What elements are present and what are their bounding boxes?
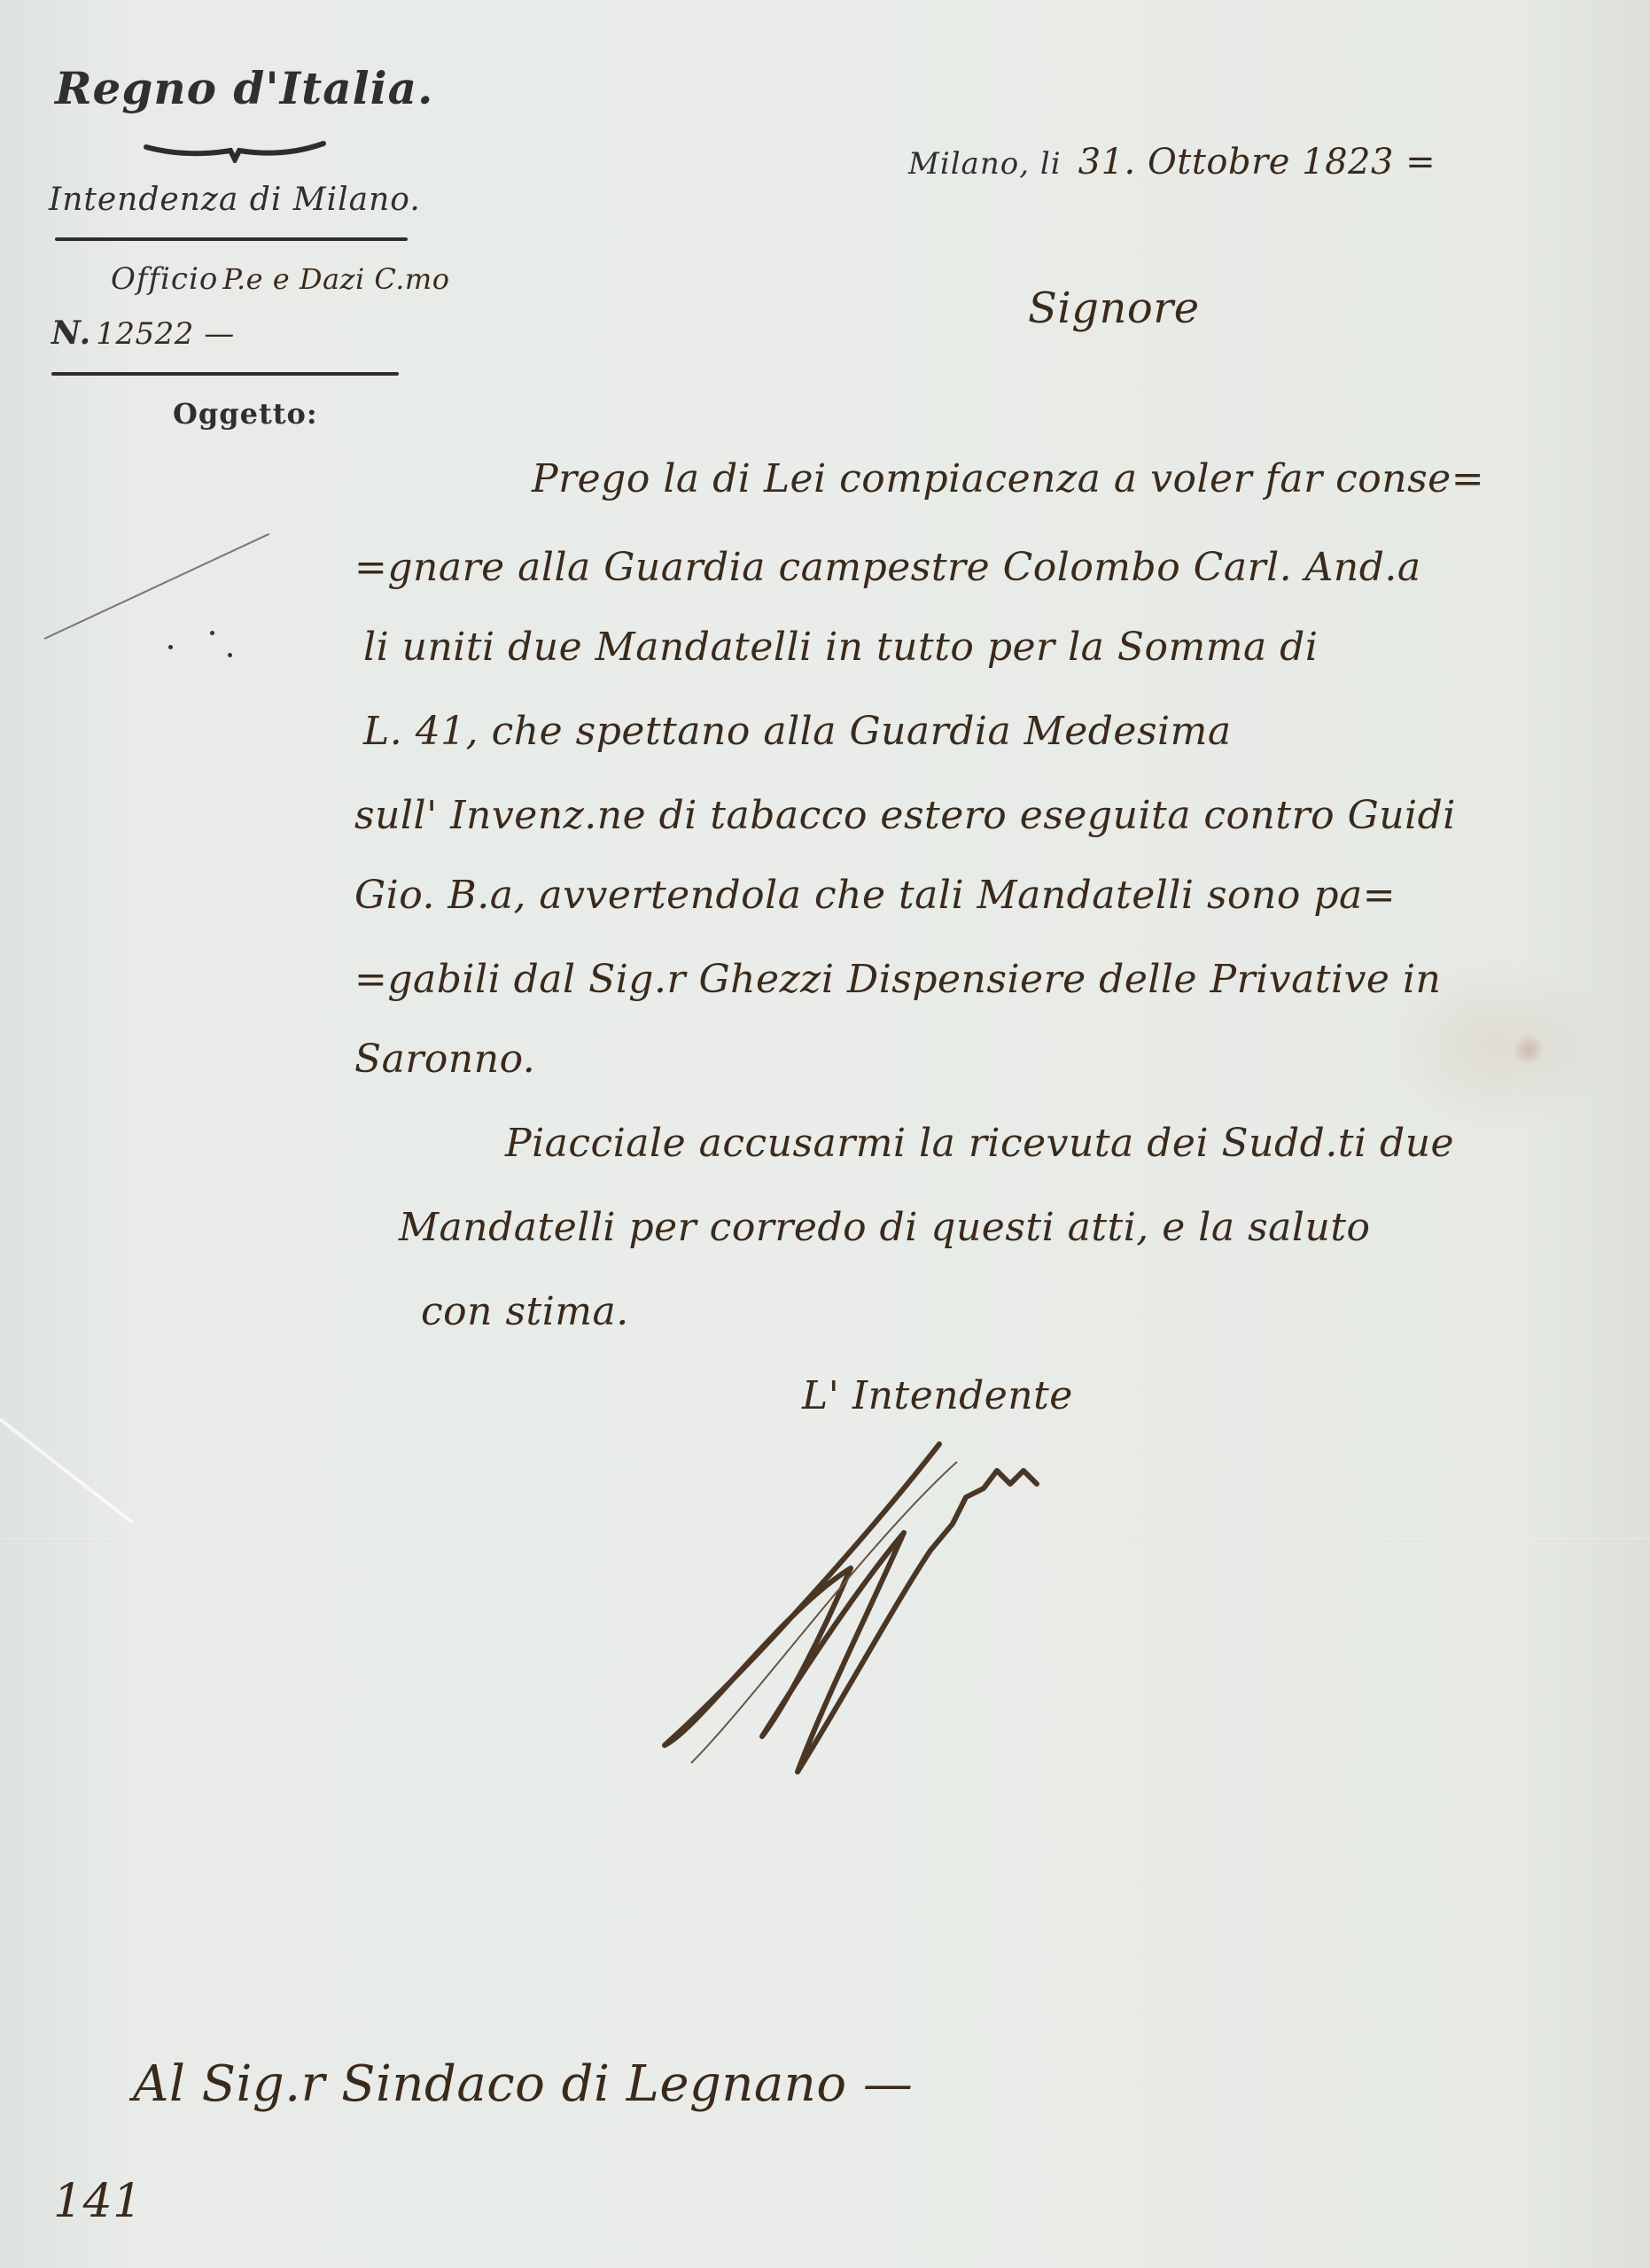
- signature-icon: [647, 1435, 1125, 1790]
- body-line: =gabili dal Sig.r Ghezzi Dispensiere del…: [354, 957, 1441, 1002]
- archive-mark: 141: [53, 2175, 143, 2228]
- number-value: 12522 —: [96, 316, 234, 352]
- body-line: Prego la di Lei compiacenza a voler far …: [532, 456, 1484, 501]
- letterhead-office: Intendenza di Milano.: [49, 182, 421, 218]
- body-line: Saronno.: [354, 1037, 535, 1082]
- dateline-place: Milano, li: [908, 146, 1062, 182]
- salutation: Signore: [1028, 283, 1200, 333]
- letterhead-kingdom: Regno d'Italia.: [55, 62, 433, 114]
- addressee: Al Sig.r Sindaco di Legnano —: [133, 2055, 913, 2113]
- body-line: sull' Invenz.ne di tabacco estero esegui…: [354, 793, 1456, 838]
- letterhead-rule-1: [55, 237, 408, 241]
- ink-speck: [228, 653, 232, 657]
- body-line: Mandatelli per corredo di questi atti, e…: [399, 1205, 1371, 1250]
- closing-title: L' Intendente: [802, 1373, 1073, 1418]
- body-line: Piacciale accusarmi la ricevuta dei Sudd…: [505, 1121, 1454, 1166]
- letterhead-rule-2: [51, 372, 399, 376]
- body-line: li uniti due Mandatelli in tutto per la …: [363, 625, 1318, 670]
- letterhead-ornament-icon: [142, 140, 328, 163]
- dateline: Milano, li 31. Ottobre 1823 =: [908, 142, 1436, 183]
- number-label: N.: [51, 315, 91, 352]
- body-line: con stima.: [421, 1289, 629, 1334]
- letterhead-subject-label: Oggetto:: [173, 397, 318, 431]
- ink-speck: [210, 631, 214, 635]
- body-line: L. 41, che spettano alla Guardia Medesim…: [363, 709, 1232, 754]
- department-label: Officio: [111, 261, 218, 297]
- letterhead-number: N. 12522 —: [51, 315, 235, 352]
- dateline-date: 31. Ottobre 1823 =: [1078, 142, 1436, 183]
- letterhead-department: Officio P.e e Dazi C.mo: [111, 261, 449, 297]
- body-line: Gio. B.a, avvertendola che tali Mandatel…: [354, 873, 1396, 918]
- department-hand: P.e e Dazi C.mo: [222, 262, 449, 296]
- body-line: =gnare alla Guardia campestre Colombo Ca…: [354, 545, 1421, 590]
- ink-speck: [168, 645, 173, 649]
